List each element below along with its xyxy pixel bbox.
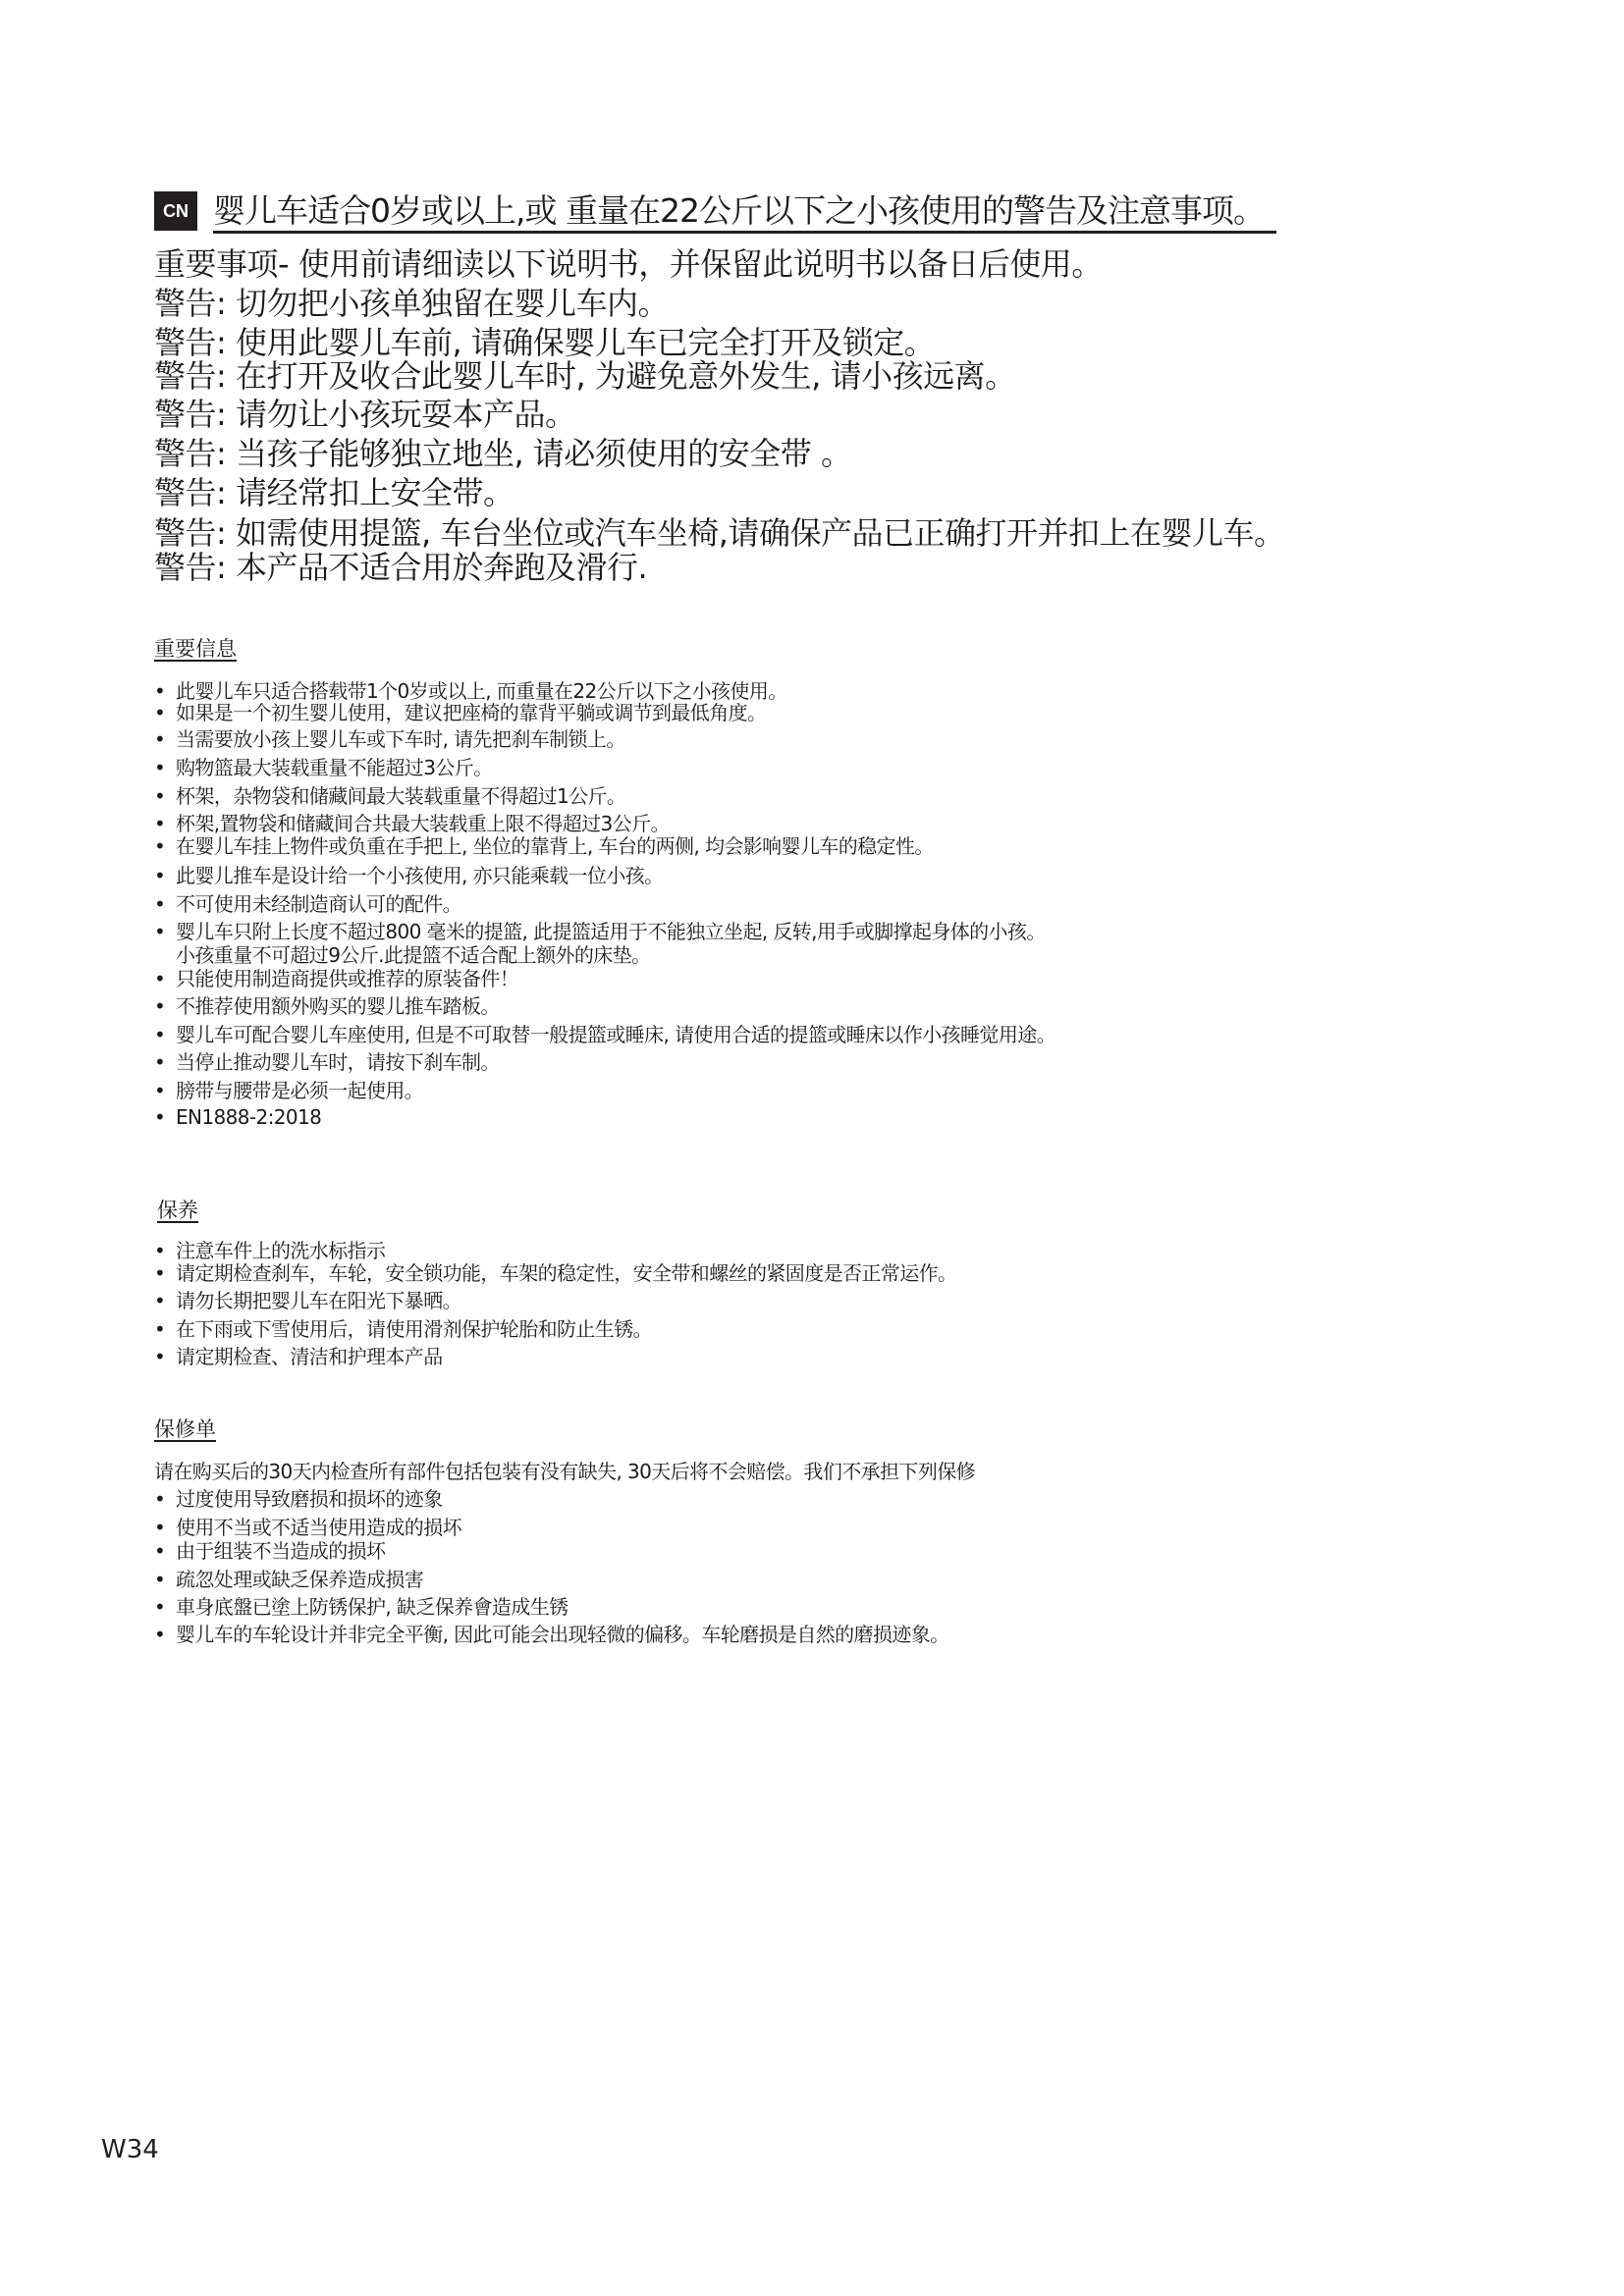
bullet-icon: • bbox=[154, 1079, 176, 1102]
bullet-icon: • bbox=[154, 1623, 176, 1646]
list-item: •車身底盤已塗上防锈保护, 缺乏保养會造成生锈 bbox=[154, 1595, 568, 1619]
bullet-icon: • bbox=[154, 1345, 176, 1368]
section-heading-maintenance: 保养 bbox=[157, 1198, 198, 1223]
bullet-icon: • bbox=[154, 1261, 176, 1285]
warning-line: 警告: 请勿让小孩玩耍本产品。 bbox=[154, 396, 575, 433]
bullet-icon: • bbox=[154, 756, 176, 779]
page-title: 婴儿车适合0岁或以上,或 重量在22公斤以下之小孩使用的警告及注意事项。 bbox=[213, 191, 1276, 234]
bullet-icon: • bbox=[154, 994, 176, 1018]
list-item: •在婴儿车挂上物件或负重在手把上, 坐位的靠背上, 车台的两侧, 均会影响婴儿车… bbox=[154, 834, 934, 858]
list-item: •只能使用制造商提供或推荐的原装备件！ bbox=[154, 967, 518, 990]
bullet-icon: • bbox=[154, 727, 176, 751]
list-item: •在下雨或下雪使用后，请使用滑剂保护轮胎和防止生锈。 bbox=[154, 1317, 652, 1341]
list-item-continuation: 小孩重量不可超过9公斤.此提篮不适合配上额外的床垫。 bbox=[154, 943, 650, 967]
warning-line: 警告: 使用此婴儿车前, 请确保婴儿车已完全打开及锁定。 bbox=[154, 324, 935, 361]
list-item: •疏忽处理或缺乏保养造成损害 bbox=[154, 1568, 423, 1591]
important-notice: 重要事项- 使用前请细读以下说明书，并保留此说明书以备日后使用。 bbox=[154, 245, 1103, 283]
list-item: •EN1888-2:2018 bbox=[154, 1105, 321, 1129]
list-item: •婴儿车只附上长度不超过800 毫米的提篮, 此提篮适用于不能独立坐起, 反转,… bbox=[154, 920, 1046, 943]
bullet-icon: • bbox=[154, 1239, 176, 1262]
list-item: •请定期检查刹车，车轮，安全锁功能，车架的稳定性，安全带和螺丝的紧固度是否正常运… bbox=[154, 1261, 956, 1285]
bullet-icon: • bbox=[154, 679, 176, 703]
bullet-icon: • bbox=[154, 864, 176, 887]
list-item: •注意车件上的洗水标指示 bbox=[154, 1239, 385, 1262]
bullet-icon: • bbox=[154, 1050, 176, 1074]
list-item: •杯架，杂物袋和储藏间最大装载重量不得超过1公斤。 bbox=[154, 784, 625, 808]
list-item: •请定期检查、清洁和护理本产品 bbox=[154, 1345, 443, 1368]
warning-line: 警告: 切勿把小孩单独留在婴儿车内。 bbox=[154, 285, 669, 322]
list-item: •当需要放小孩上婴儿车或下车时, 请先把刹车制锁上。 bbox=[154, 727, 625, 751]
bullet-icon: • bbox=[154, 1317, 176, 1341]
language-badge: CN bbox=[154, 191, 197, 231]
warning-line: 警告: 如需使用提篮, 车台坐位或汽车坐椅,请确保产品已正确打开并扣上在婴儿车。 bbox=[154, 514, 1284, 552]
list-item: •此婴儿车只适合搭载带1个0岁或以上, 而重量在22公斤以下之小孩使用。 bbox=[154, 679, 787, 703]
list-item: •此婴儿推车是设计给一个小孩使用, 亦只能乘载一位小孩。 bbox=[154, 864, 664, 887]
warning-line: 警告: 当孩子能够独立地坐, 请必须使用的安全带 。 bbox=[154, 435, 851, 472]
warning-line: 警告: 请经常扣上安全带。 bbox=[154, 474, 514, 511]
warning-line: 警告: 本产品不适合用於奔跑及滑行. bbox=[154, 549, 647, 586]
bullet-icon: • bbox=[154, 834, 176, 858]
warranty-intro: 请在购买后的30天内检查所有部件包括包装有没有缺失, 30天后将不会赔偿。我们不… bbox=[154, 1460, 975, 1483]
list-item: •过度使用导致磨损和损坏的迹象 bbox=[154, 1487, 443, 1511]
bullet-icon: • bbox=[154, 1289, 176, 1312]
title-row: CN 婴儿车适合0岁或以上,或 重量在22公斤以下之小孩使用的警告及注意事项。 bbox=[154, 188, 1276, 234]
list-item: •膀带与腰带是必须一起使用。 bbox=[154, 1079, 423, 1102]
list-item: •当停止推动婴儿车时，请按下刹车制。 bbox=[154, 1050, 500, 1074]
page-number: W34 bbox=[101, 2135, 159, 2164]
list-item: •由于组装不当造成的损坏 bbox=[154, 1539, 385, 1563]
bullet-icon: • bbox=[154, 1023, 176, 1046]
bullet-icon: • bbox=[154, 1539, 176, 1563]
bullet-icon: • bbox=[154, 1516, 176, 1539]
list-item: •不可使用未经制造商认可的配件。 bbox=[154, 892, 461, 916]
list-item: •购物篮最大装载重量不能超过3公斤。 bbox=[154, 756, 493, 779]
bullet-icon: • bbox=[154, 1487, 176, 1511]
bullet-icon: • bbox=[154, 892, 176, 916]
bullet-icon: • bbox=[154, 701, 176, 724]
bullet-icon: • bbox=[154, 920, 176, 943]
bullet-icon: • bbox=[154, 1105, 176, 1129]
list-item: •婴儿车可配合婴儿车座使用, 但是不可取替一般提篮或睡床, 请使用合适的提篮或睡… bbox=[154, 1023, 1056, 1046]
bullet-icon: • bbox=[154, 967, 176, 990]
section-heading-warranty: 保修单 bbox=[154, 1416, 216, 1442]
list-item: •不推荐使用额外购买的婴儿推车踏板。 bbox=[154, 994, 500, 1018]
list-item: •请勿长期把婴儿车在阳光下暴晒。 bbox=[154, 1289, 461, 1312]
bullet-icon: • bbox=[154, 1568, 176, 1591]
list-item: •婴儿车的车轮设计并非完全平衡, 因此可能会出现轻微的偏移。车轮磨损是自然的磨损… bbox=[154, 1623, 949, 1646]
list-item: •杯架,置物袋和储藏间合共最大装载重上限不得超过3公斤。 bbox=[154, 812, 670, 835]
bullet-icon: • bbox=[154, 784, 176, 808]
bullet-icon: • bbox=[154, 812, 176, 835]
warning-line: 警告: 在打开及收合此婴儿车时, 为避免意外发生, 请小孩远离。 bbox=[154, 357, 1016, 395]
list-item: •如果是一个初生婴儿使用，建议把座椅的靠背平躺或调节到最低角度。 bbox=[154, 701, 766, 724]
section-heading-important-info: 重要信息 bbox=[154, 636, 237, 662]
manual-page: CN 婴儿车适合0岁或以上,或 重量在22公斤以下之小孩使用的警告及注意事项。 … bbox=[0, 0, 1624, 2296]
list-item: •使用不当或不适当使用造成的损坏 bbox=[154, 1516, 461, 1539]
bullet-icon: • bbox=[154, 1595, 176, 1619]
